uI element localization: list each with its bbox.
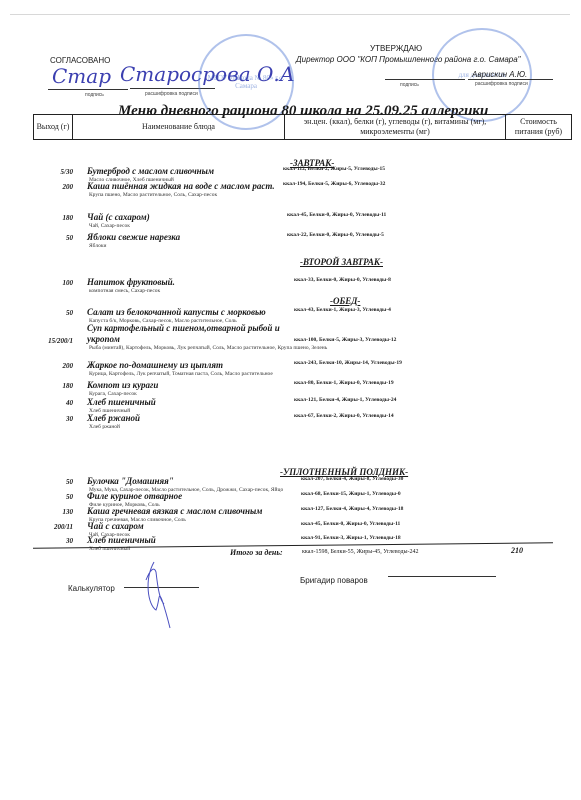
- page-top-edge: [10, 14, 570, 15]
- item-nutrition: ккал-43, Белки-1, Жиры-3, Углеводы-4: [294, 307, 391, 313]
- item-nutrition: ккал-45, Белки-0, Жиры-0, Углеводы-11: [301, 521, 400, 527]
- item-dish-name: Бутерброд с маслом сливочным: [87, 166, 309, 177]
- header-weight: Выход (г): [34, 115, 73, 140]
- item-nutrition: ккал-68, Белки-15, Жиры-1, Углеводы-0: [301, 491, 401, 497]
- item-weight: 30: [33, 537, 73, 545]
- item-weight: 130: [33, 508, 73, 516]
- item-weight: 50: [33, 234, 73, 242]
- item-dish-name: Салат из белокочанной капусты с морковью: [87, 307, 309, 318]
- item-weight: 50: [33, 493, 73, 501]
- item-weight: 100: [33, 279, 73, 287]
- header-cost: Стоимость питания (руб): [506, 115, 572, 140]
- item-dish-name: Чай (с сахаром): [87, 212, 309, 223]
- item-dish-name: Булочка "Домашняя": [87, 476, 309, 487]
- item-ingredients: Рыба (минтай), Картофель, Морковь, Лук р…: [89, 345, 327, 351]
- item-weight: 15/200/1: [33, 337, 73, 345]
- calculator-label: Калькулятор: [68, 584, 115, 593]
- left-signature: Стар: [52, 64, 111, 88]
- right-name-line: [468, 79, 553, 80]
- school-stamp-text: МБОУ «Школа № 80» г.о. Самара: [200, 74, 292, 90]
- item-nutrition: ккал-207, Белки-4, Жиры-8, Углеводы-30: [301, 476, 403, 482]
- item-weight: 200: [33, 183, 73, 191]
- menu-table-header: Выход (г) Наименование блюда эн.цен. (кк…: [33, 114, 572, 140]
- item-ingredients: Курица, Картофель, Лук репчатый, Томатна…: [89, 371, 273, 377]
- item-weight: 30: [33, 415, 73, 423]
- right-signature-caption: подпись: [400, 82, 419, 88]
- header-nutrition: эн.цен. (ккал), белки (г), углеводы (г),…: [285, 115, 506, 140]
- right-name-caption: расшифровка подписи: [475, 81, 528, 87]
- approve-label: УТВЕРЖДАЮ: [370, 44, 422, 53]
- item-dish-name: Суп картофельный с пшеном,отварной рыбой…: [87, 323, 309, 345]
- director-name: Аврискин А.Ю.: [472, 70, 527, 79]
- item-dish-name: Каша пшённая жидкая на воде с маслом рас…: [87, 181, 309, 192]
- item-nutrition: ккал-127, Белки-4, Жиры-4, Углеводы-18: [301, 506, 403, 512]
- item-weight: 50: [33, 478, 73, 486]
- item-ingredients: компотная смесь, Сахар-песок: [89, 288, 160, 294]
- chief-cook-label: Бригадир поваров: [300, 576, 368, 585]
- chief-cook-signature-line: [388, 576, 496, 577]
- header-dish-name: Наименование блюда: [73, 115, 285, 140]
- item-nutrition: ккал-100, Белки-5, Жиры-3, Углеводы-12: [294, 337, 396, 343]
- left-name-caption: расшифровка подписи: [145, 91, 198, 97]
- item-weight: 50: [33, 309, 73, 317]
- item-nutrition: ккал-33, Белки-0, Жиры-0, Углеводы-8: [294, 277, 391, 283]
- total-nutrition: ккал-1598, Белки-55, Жиры-45, Углеводы-2…: [302, 549, 419, 555]
- item-dish-name: Филе куриное отварное: [87, 491, 309, 502]
- item-dish-name: Жаркое по-домашнему из цыплят: [87, 360, 309, 371]
- item-ingredients: Крупа пшено, Масло растительное, Соль, С…: [89, 192, 217, 198]
- item-ingredients: Хлеб ржаной: [89, 424, 120, 430]
- item-dish-name: Яблоки свежие нарезка: [87, 232, 309, 243]
- total-label: Итого за день:: [230, 548, 283, 557]
- calculator-signature: [140, 560, 180, 630]
- right-signature-line: [385, 79, 465, 80]
- item-nutrition: ккал-121, Белки-4, Жиры-1, Углеводы-24: [294, 397, 396, 403]
- meal-heading: -ВТОРОЙ ЗАВТРАК-: [300, 257, 383, 267]
- item-nutrition: ккал-45, Белки-0, Жиры-0, Углеводы-11: [287, 212, 386, 218]
- item-dish-name: Каша гречневая вязкая с маслом сливочным: [87, 506, 309, 517]
- item-nutrition: ккал-194, Белки-5, Жиры-6, Углеводы-32: [283, 181, 385, 187]
- item-nutrition: ккал-91, Белки-3, Жиры-1, Углеводы-18: [301, 535, 401, 541]
- item-dish-name: Хлеб ржаной: [87, 413, 309, 424]
- left-signature-caption: подпись: [85, 92, 104, 98]
- item-weight: 180: [33, 382, 73, 390]
- item-weight: 5/30: [33, 168, 73, 176]
- item-weight: 200: [33, 362, 73, 370]
- item-nutrition: ккал-22, Белки-0, Жиры-0, Углеводы-5: [287, 232, 384, 238]
- item-dish-name: Компот из кураги: [87, 380, 309, 391]
- item-dish-name: Напиток фруктовый.: [87, 277, 309, 288]
- item-nutrition: ккал-80, Белки-1, Жиры-0, Углеводы-19: [294, 380, 394, 386]
- meal-heading: -ОБЕД-: [330, 296, 360, 306]
- item-nutrition: ккал-112, Белки-2, Жиры-5, Углеводы-15: [283, 166, 385, 172]
- item-nutrition: ккал-243, Белки-10, Жиры-14, Углеводы-19: [294, 360, 402, 366]
- item-weight: 200/11: [33, 523, 73, 531]
- item-dish-name: Хлеб пшеничный: [87, 397, 309, 408]
- item-ingredients: Яблоки: [89, 243, 106, 249]
- item-ingredients: Чай, Сахар-песок: [89, 223, 130, 229]
- left-signature-line: [48, 89, 128, 90]
- item-nutrition: ккал-67, Белки-2, Жиры-0, Углеводы-14: [294, 413, 394, 419]
- total-cost: 210: [511, 546, 523, 555]
- item-dish-name: Чай с сахаром: [87, 521, 309, 532]
- item-weight: 40: [33, 399, 73, 407]
- item-weight: 180: [33, 214, 73, 222]
